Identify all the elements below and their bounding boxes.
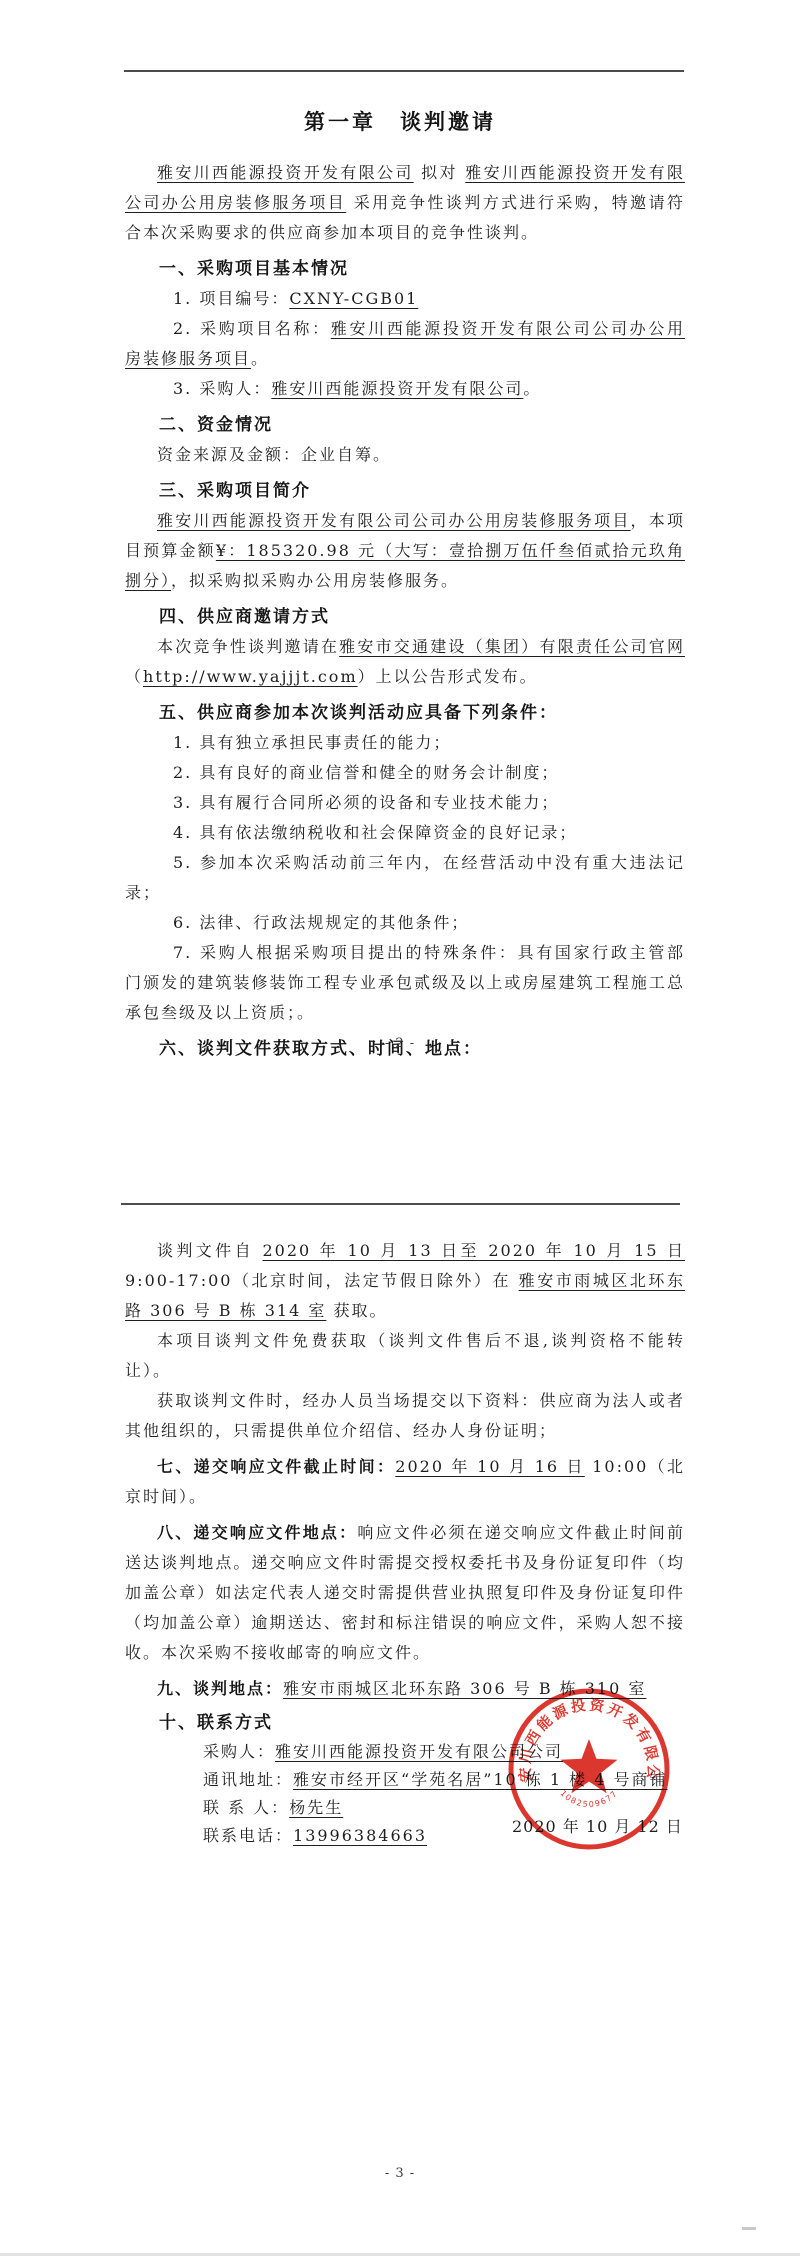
purchaser-name: 雅安川西能源投资开发有限公司 bbox=[157, 163, 414, 182]
invitation-method-paragraph: 本次竞争性谈判邀请在雅安市交通建设（集团）有限责任公司官网（http://www… bbox=[125, 632, 685, 692]
scanned-procurement-document: 第一章 谈判邀请 雅安川西能源投资开发有限公司 拟对 雅安川西能源投资开发有限公… bbox=[0, 0, 800, 2261]
publish-site-url: http://www.yajjjt.com bbox=[143, 667, 358, 686]
section1-heading: 一、采购项目基本情况 bbox=[125, 254, 685, 284]
section4-heading: 四、供应商邀请方式 bbox=[125, 602, 685, 632]
submit-location-body: 响应文件必须在递交响应文件截止时间前送达谈判地点。递交响应文件时需提交授权委托书… bbox=[125, 1523, 685, 1662]
page3-number: - 3 - bbox=[0, 2166, 800, 2181]
star-icon bbox=[560, 1739, 617, 1793]
contact-person-label: 联 系 人： bbox=[203, 1798, 289, 1817]
purchaser-line: 3. 采购人：雅安川西能源投资开发有限公司。 bbox=[125, 374, 685, 404]
page1-content: 雅安川西能源投资开发有限公司 拟对 雅安川西能源投资开发有限公司办公用房装修服务… bbox=[125, 158, 685, 1064]
condition-item-4: 4. 具有依法缴纳税收和社会保障资金的良好记录； bbox=[125, 818, 685, 848]
contact-phone-label: 联系电话： bbox=[203, 1826, 293, 1845]
purchaser-label: 3. 采购人： bbox=[173, 379, 271, 398]
condition-item-2: 2. 具有良好的商业信誉和健全的财务会计制度； bbox=[125, 758, 685, 788]
contact-person-value: 杨先生 bbox=[289, 1798, 343, 1817]
section8-heading: 八、递交响应文件地点： bbox=[157, 1523, 357, 1542]
company-seal-stamp: 雅安川西能源投资开发有限公司 510825096773 bbox=[505, 1685, 673, 1853]
project-name-tail: 。 bbox=[251, 349, 269, 368]
project-number-line: 1. 项目编号：CXNY-CGB01 bbox=[125, 284, 685, 314]
project-number-label: 1. 项目编号： bbox=[173, 289, 289, 308]
condition-item-1: 1. 具有独立承担民事责任的能力； bbox=[125, 728, 685, 758]
contact-phone-value: 13996384663 bbox=[293, 1826, 427, 1845]
free-acquire-line: 本项目谈判文件免费获取（谈判文件售后不退,谈判资格不能转让）。 bbox=[125, 1326, 685, 1386]
page2-top-rule bbox=[121, 1203, 680, 1205]
deadline-line: 七、递交响应文件截止时间：2020 年 10 月 16 日 10:00（北京时间… bbox=[125, 1452, 685, 1512]
acquire-materials-paragraph: 获取谈判文件时，经办人员当场提交以下资料：供应商为法人或者其他组织的，只需提供单… bbox=[125, 1386, 685, 1446]
project-name-label: 2. 采购项目名称： bbox=[173, 319, 331, 338]
document-acquire-paragraph: 谈判文件自 2020 年 10 月 13 日至 2020 年 10 月 15 日… bbox=[125, 1236, 685, 1326]
purchaser-tail: 。 bbox=[523, 379, 541, 398]
project-number-value: CXNY-CGB01 bbox=[289, 289, 418, 308]
invite-text-1: 本次竞争性谈判邀请在 bbox=[157, 637, 339, 656]
brief-text-2: ，拟采购拟采购办公用房装修服务。 bbox=[171, 571, 459, 590]
section7-heading: 七、递交响应文件截止时间： bbox=[157, 1457, 395, 1476]
intro-text-1: 拟对 bbox=[414, 163, 466, 182]
acquire-text-3: 获取。 bbox=[326, 1301, 387, 1320]
condition-item-3: 3. 具有履行合同所必须的设备和专业技术能力； bbox=[125, 788, 685, 818]
publish-site-name: 雅安市交通建设（集团）有限责任公司官网 bbox=[339, 637, 685, 656]
contact-purchaser-label: 采购人： bbox=[203, 1742, 275, 1761]
invite-text-2: （ bbox=[125, 667, 143, 686]
scan-artifact-dash bbox=[742, 2227, 756, 2230]
scan-bottom-edge bbox=[0, 2253, 800, 2256]
intro-paragraph: 雅安川西能源投资开发有限公司 拟对 雅安川西能源投资开发有限公司办公用房装修服务… bbox=[125, 158, 685, 248]
deadline-date: 2020 年 10 月 16 日 bbox=[395, 1457, 585, 1476]
submit-location-paragraph: 八、递交响应文件地点：响应文件必须在递交响应文件截止时间前送达谈判地点。递交响应… bbox=[125, 1518, 685, 1668]
project-brief-paragraph: 雅安川西能源投资开发有限公司公司办公用房装修服务项目，本项目预算金额¥：1853… bbox=[125, 506, 685, 596]
condition-item-6: 6. 法律、行政法规规定的其他条件； bbox=[125, 908, 685, 938]
section5-heading: 五、供应商参加本次谈判活动应具备下列条件： bbox=[125, 698, 685, 728]
section9-heading: 九、谈判地点： bbox=[157, 1679, 283, 1698]
page2-number: - 2 - bbox=[0, 1036, 800, 1051]
contact-address-label: 通讯地址： bbox=[203, 1770, 293, 1789]
section2-heading: 二、资金情况 bbox=[125, 410, 685, 440]
invite-text-3: ）上以公告形式发布。 bbox=[358, 667, 538, 686]
acquire-text-1: 谈判文件自 bbox=[157, 1241, 262, 1260]
brief-project-name: 雅安川西能源投资开发有限公司公司办公用房装修服务项目 bbox=[157, 511, 631, 530]
acquire-text-2: 9:00-17:00（北京时间，法定节假日除外）在 bbox=[125, 1271, 519, 1290]
funding-line: 资金来源及金额：企业自筹。 bbox=[125, 440, 685, 470]
project-name-line: 2. 采购项目名称：雅安川西能源投资开发有限公司公司办公用房装修服务项目。 bbox=[125, 314, 685, 374]
page1-top-rule bbox=[124, 70, 684, 72]
purchaser-value: 雅安川西能源投资开发有限公司 bbox=[271, 379, 523, 398]
condition-item-7: 7. 采购人根据采购项目提出的特殊条件：具有国家行政主管部门颁发的建筑装修装饰工… bbox=[125, 938, 685, 1028]
chapter-title: 第一章 谈判邀请 bbox=[0, 106, 800, 136]
acquire-date-range: 2020 年 10 月 13 日至 2020 年 10 月 15 日 bbox=[262, 1241, 685, 1260]
section3-heading: 三、采购项目简介 bbox=[125, 476, 685, 506]
condition-item-5: 5. 参加本次采购活动前三年内，在经营活动中没有重大违法记录； bbox=[125, 848, 685, 908]
